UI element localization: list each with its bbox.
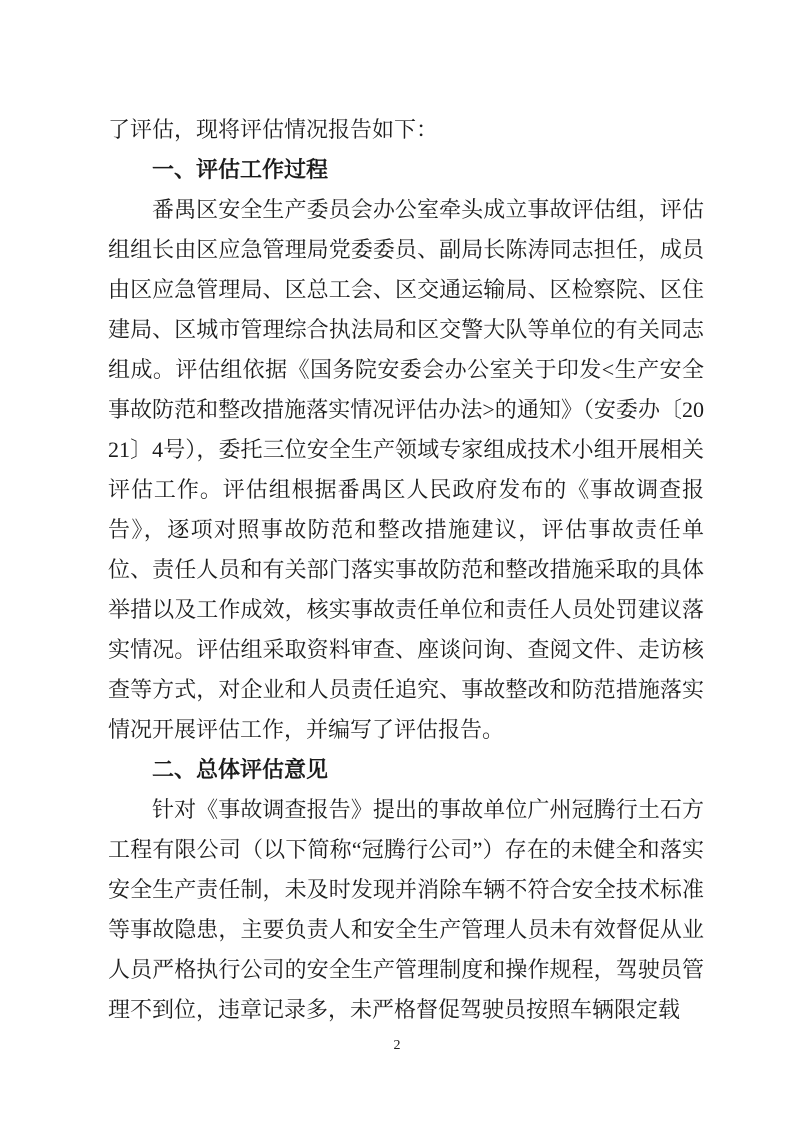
document-page: 了评估，现将评估情况报告如下： 一、评估工作过程 番禺区安全生产委员会办公室牵头… [0, 0, 794, 1123]
paragraph-overall-opinion: 针对《事故调查报告》提出的事故单位广州冠腾行土石方工程有限公司（以下简称“冠腾行… [108, 790, 704, 1030]
paragraph-evaluation-process: 番禺区安全生产委员会办公室牵头成立事故评估组，评估组组长由区应急管理局党委委员、… [108, 190, 704, 750]
page-footer: 2 [0, 1036, 794, 1056]
section-heading-2: 二、总体评估意见 [108, 750, 704, 790]
document-body: 了评估，现将评估情况报告如下： 一、评估工作过程 番禺区安全生产委员会办公室牵头… [108, 110, 704, 1030]
page-number: 2 [394, 1038, 401, 1053]
section-heading-1: 一、评估工作过程 [108, 150, 704, 190]
paragraph-continuation: 了评估，现将评估情况报告如下： [108, 110, 704, 150]
